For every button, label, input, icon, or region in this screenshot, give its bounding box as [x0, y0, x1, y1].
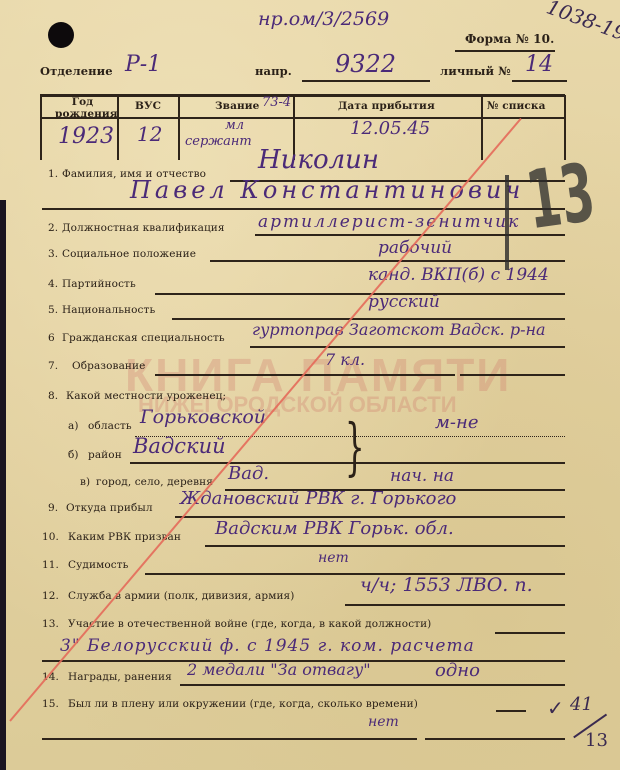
field-2-label: Должностная квалификация — [62, 222, 225, 234]
field-8c-value: Вад. — [228, 463, 269, 484]
field-11-value: нет — [318, 550, 349, 566]
field-7-underline-2 — [460, 374, 565, 376]
col-rank-annotation: 73-4 — [262, 95, 291, 110]
field-15-value: нет — [368, 714, 399, 730]
field-13-value: 3" Белорусский ф. с 1945 г. ком. расчета — [60, 636, 475, 656]
col-year-text: Год рождения — [55, 96, 110, 120]
field-5-num: 5. — [48, 304, 58, 316]
field-12-num: 12. — [42, 590, 59, 602]
field-7-value: 7 кл. — [325, 350, 365, 369]
table-divider — [40, 95, 42, 160]
rank-value-line2: сержант — [185, 134, 252, 149]
napr-underline — [302, 80, 430, 82]
table-header-separator — [42, 117, 564, 119]
field-9-value: Ждановский РВК г. Горького — [180, 488, 456, 509]
field-11-num: 11. — [42, 559, 59, 571]
field-6-underline — [250, 346, 565, 348]
department-value: Р-1 — [125, 52, 161, 77]
col-vus-label: ВУС — [135, 100, 161, 112]
field-3-underline — [210, 260, 565, 262]
field-9-num: 9. — [48, 502, 58, 514]
field-15-underline — [496, 710, 526, 712]
field-14-wounds: одно — [435, 660, 480, 681]
field-8a-label: область — [88, 420, 132, 432]
field-15-num: 15. — [42, 698, 59, 710]
field-9-label: Откуда прибыл — [66, 502, 153, 514]
field-10-num: 10. — [42, 531, 59, 543]
large-pencil-number: 13 — [521, 146, 600, 247]
field-14-underline — [180, 684, 565, 686]
field-8b-num: б) — [68, 449, 79, 461]
field-8b-label: район — [88, 449, 122, 461]
vus-value: 12 — [137, 122, 162, 146]
field-3-num: 3. — [48, 248, 58, 260]
field-10-underline — [205, 545, 565, 547]
birth-year-value: 1923 — [58, 124, 114, 149]
birthplace-note-1: м-не — [435, 412, 479, 433]
field-14-label: Награды, ранения — [68, 671, 172, 683]
col-year-label: Год рождения — [55, 96, 110, 120]
napr-value: 9322 — [335, 50, 396, 78]
field-5-value: русский — [368, 292, 440, 312]
arrival-date-value: 12.05.45 — [350, 118, 430, 139]
field-8-label: Какой местности уроженец; — [66, 390, 226, 402]
field-13-num: 13. — [42, 618, 59, 630]
department-label: Отделение — [40, 64, 113, 78]
field-6-label: Гражданская специальность — [62, 332, 225, 344]
col-arrival-label: Дата прибытия — [338, 100, 435, 112]
field-8a-value: Горьковской — [140, 406, 266, 428]
table-divider — [178, 95, 180, 160]
field-15-underline-3 — [425, 738, 565, 740]
form-label: Форма № 10. — [465, 32, 554, 46]
field-15-underline-2 — [42, 738, 417, 740]
field-1-name: Павел Константинович — [130, 176, 524, 204]
field-14-value: 2 медали "За отвагу" — [187, 660, 371, 679]
field-10-value: Вадским РВК Горьк. обл. — [215, 518, 454, 539]
field-7-num: 7. — [48, 360, 58, 372]
field-12-label: Служба в армии (полк, дивизия, армия) — [68, 590, 294, 602]
pencil-vertical-stroke — [505, 175, 509, 270]
punch-hole — [48, 22, 74, 48]
field-13-underline — [495, 632, 565, 634]
field-4-num: 4. — [48, 278, 58, 290]
field-2-num: 2. — [48, 222, 58, 234]
field-12-value: ч/ч; 1553 ЛВО. п. — [360, 574, 533, 596]
personal-no-label: личный № — [440, 64, 511, 78]
fraction-top: 41 — [570, 694, 593, 715]
field-6-num: 6 — [48, 332, 55, 344]
personal-no-underline — [512, 80, 567, 82]
fraction-bottom: 13 — [585, 730, 608, 751]
field-4-label: Партийность — [62, 278, 136, 290]
table-divider — [117, 95, 119, 160]
field-1-underline-2 — [42, 208, 565, 210]
field-11-label: Судимость — [68, 559, 128, 571]
field-15-label: Был ли в плену или окружении (где, когда… — [68, 698, 418, 710]
field-5-label: Национальность — [62, 304, 155, 316]
field-13-label: Участие в отечественной войне (где, когд… — [68, 618, 431, 630]
rank-value-line1: мл — [225, 118, 244, 133]
field-2-underline — [255, 234, 565, 236]
field-4-underline — [155, 293, 565, 295]
field-1-surname: Николин — [258, 145, 379, 175]
napr-label: напр. — [255, 64, 292, 78]
field-8b-value: Вадский — [133, 434, 226, 458]
birthplace-bracket: } — [345, 410, 365, 483]
personal-no-value: 14 — [525, 52, 553, 77]
field-1-num: 1. — [48, 168, 58, 180]
field-3-label: Социальное положение — [62, 248, 196, 260]
field-12-underline — [345, 604, 565, 606]
scan-edge-shadow — [0, 200, 6, 770]
birthplace-note-2: нач. на — [390, 466, 454, 486]
check-mark: ✓ — [547, 696, 564, 720]
top-annotation: нр.ом/3/2569 — [258, 8, 389, 30]
field-8c-num: в) — [80, 476, 90, 488]
field-2-value: артиллерист-зенитчик — [258, 212, 520, 232]
col-list-no-label: № списка — [487, 100, 546, 112]
field-8-num: 8. — [48, 390, 58, 402]
col-rank-label: Звание — [215, 100, 259, 112]
table-divider — [481, 95, 483, 160]
field-8c-label: город, село, деревня — [96, 476, 213, 488]
field-8a-num: а) — [68, 420, 79, 432]
field-6-value: гуртоправ Заготскот Вадск. р-на — [252, 320, 546, 339]
field-7-label: Образование — [72, 360, 145, 372]
